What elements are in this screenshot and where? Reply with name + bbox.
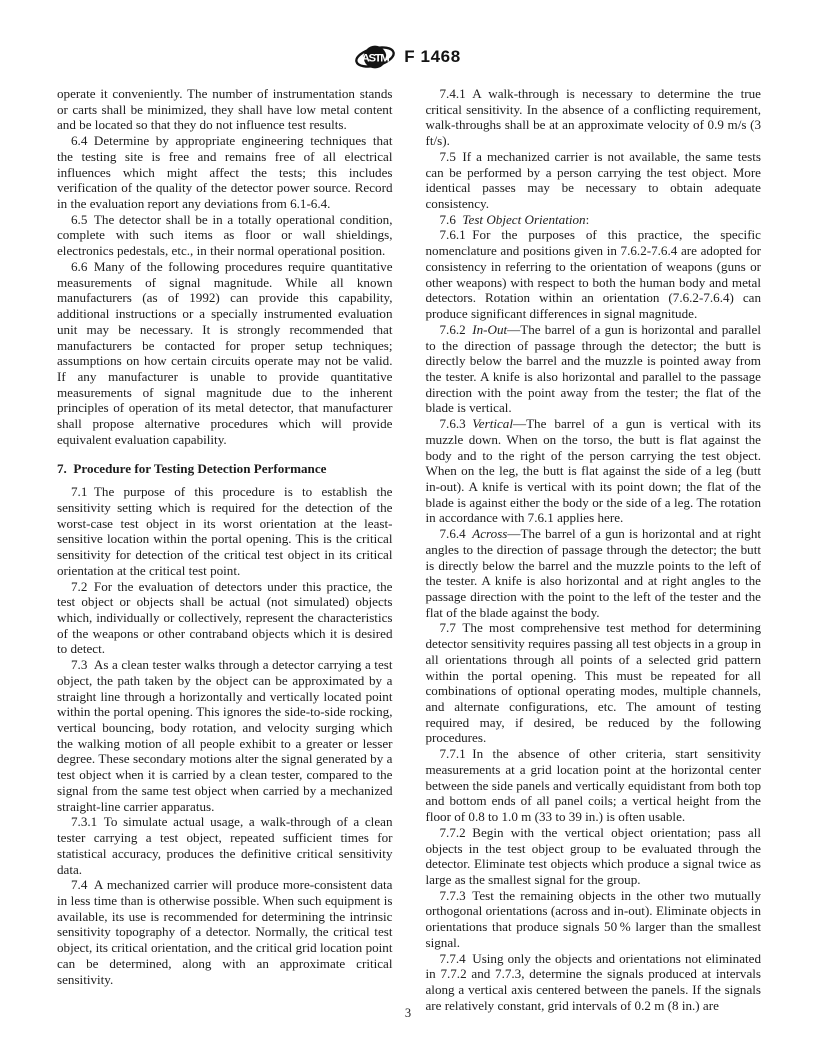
text-run: 7.5 If a mechanized carrier is not avail…: [426, 149, 762, 211]
text-run: 6.4 Determine by appropriate engineering…: [57, 133, 393, 211]
paragraph: 7.3.1 To simulate actual usage, a walk-t…: [57, 814, 393, 877]
text-run: 7.4 A mechanized carrier will produce mo…: [57, 877, 393, 986]
column-left: operate it conveniently. The number of i…: [57, 86, 393, 1013]
paragraph: 7.6.3 Vertical—The barrel of a gun is ve…: [426, 416, 762, 526]
paragraph: 7.4.1 A walk-through is necessary to det…: [426, 86, 762, 149]
text-run: 7.3 As a clean tester walks through a de…: [57, 657, 393, 813]
paragraph: 7.2 For the evaluation of detectors unde…: [57, 579, 393, 658]
svg-text:ASTM: ASTM: [362, 53, 390, 65]
text-run: 7.7.1 In the absence of other criteria, …: [426, 746, 762, 824]
italic-term: In-Out: [472, 322, 507, 337]
section-heading: 7. Procedure for Testing Detection Perfo…: [57, 461, 393, 477]
text-run: 7.6.3: [440, 416, 473, 431]
paragraph: 7.3 As a clean tester walks through a de…: [57, 657, 393, 814]
paragraph: 7.6.4 Across—The barrel of a gun is hori…: [426, 526, 762, 620]
paragraph: 7.4 A mechanized carrier will produce mo…: [57, 877, 393, 987]
text-run: 7.6: [440, 212, 463, 227]
text-run: 7. Procedure for Testing Detection Perfo…: [57, 461, 326, 476]
astm-logo-icon: ASTM: [355, 42, 395, 72]
italic-term: Across: [472, 526, 507, 541]
text-columns: operate it conveniently. The number of i…: [57, 86, 761, 1013]
paragraph: 6.5 The detector shall be in a totally o…: [57, 212, 393, 259]
text-run: 7.6.2: [440, 322, 473, 337]
text-run: 7.6.1 For the purposes of this practice,…: [426, 227, 762, 321]
document-number: F 1468: [404, 47, 461, 67]
text-run: 7.1 The purpose of this procedure is to …: [57, 484, 393, 578]
paragraph: 7.7.4 Using only the objects and orienta…: [426, 951, 762, 1014]
paragraph: 7.6 Test Object Orientation:: [426, 212, 762, 228]
paragraph: 7.7.1 In the absence of other criteria, …: [426, 746, 762, 825]
italic-term: Test Object Orientation: [462, 212, 585, 227]
text-run: 7.3.1 To simulate actual usage, a walk-t…: [57, 814, 393, 876]
text-run: 7.7.4 Using only the objects and orienta…: [426, 951, 762, 1013]
text-run: 7.7 The most comprehensive test method f…: [426, 620, 762, 745]
text-run: 6.5 The detector shall be in a totally o…: [57, 212, 393, 258]
paragraph: operate it conveniently. The number of i…: [57, 86, 393, 133]
text-run: :: [586, 212, 590, 227]
text-run: 7.2 For the evaluation of detectors unde…: [57, 579, 393, 657]
paragraph: 6.4 Determine by appropriate engineering…: [57, 133, 393, 212]
text-run: 7.7.3 Test the remaining objects in the …: [426, 888, 762, 950]
paragraph: 7.5 If a mechanized carrier is not avail…: [426, 149, 762, 212]
document-header: ASTM F 1468: [0, 42, 816, 72]
text-run: 7.7.2 Begin with the vertical object ori…: [426, 825, 762, 887]
page-number: 3: [405, 1006, 411, 1020]
document-footer: 3: [0, 1006, 816, 1021]
paragraph: 7.6.1 For the purposes of this practice,…: [426, 227, 762, 321]
paragraph: 6.6 Many of the following procedures req…: [57, 259, 393, 448]
text-run: 6.6 Many of the following procedures req…: [57, 259, 393, 447]
text-run: 7.4.1 A walk-through is necessary to det…: [426, 86, 762, 148]
paragraph: 7.6.2 In-Out—The barrel of a gun is hori…: [426, 322, 762, 416]
text-run: operate it conveniently. The number of i…: [57, 86, 393, 132]
column-right: 7.4.1 A walk-through is necessary to det…: [426, 86, 762, 1013]
paragraph: 7.7.3 Test the remaining objects in the …: [426, 888, 762, 951]
text-run: —The barrel of a gun is vertical with it…: [426, 416, 762, 525]
italic-term: Vertical: [472, 416, 513, 431]
paragraph: 7.7.2 Begin with the vertical object ori…: [426, 825, 762, 888]
text-run: 7.6.4: [440, 526, 473, 541]
paragraph: 7.1 The purpose of this procedure is to …: [57, 484, 393, 578]
document-page: ASTM F 1468 operate it conveniently. The…: [0, 0, 816, 1056]
paragraph: 7.7 The most comprehensive test method f…: [426, 620, 762, 746]
